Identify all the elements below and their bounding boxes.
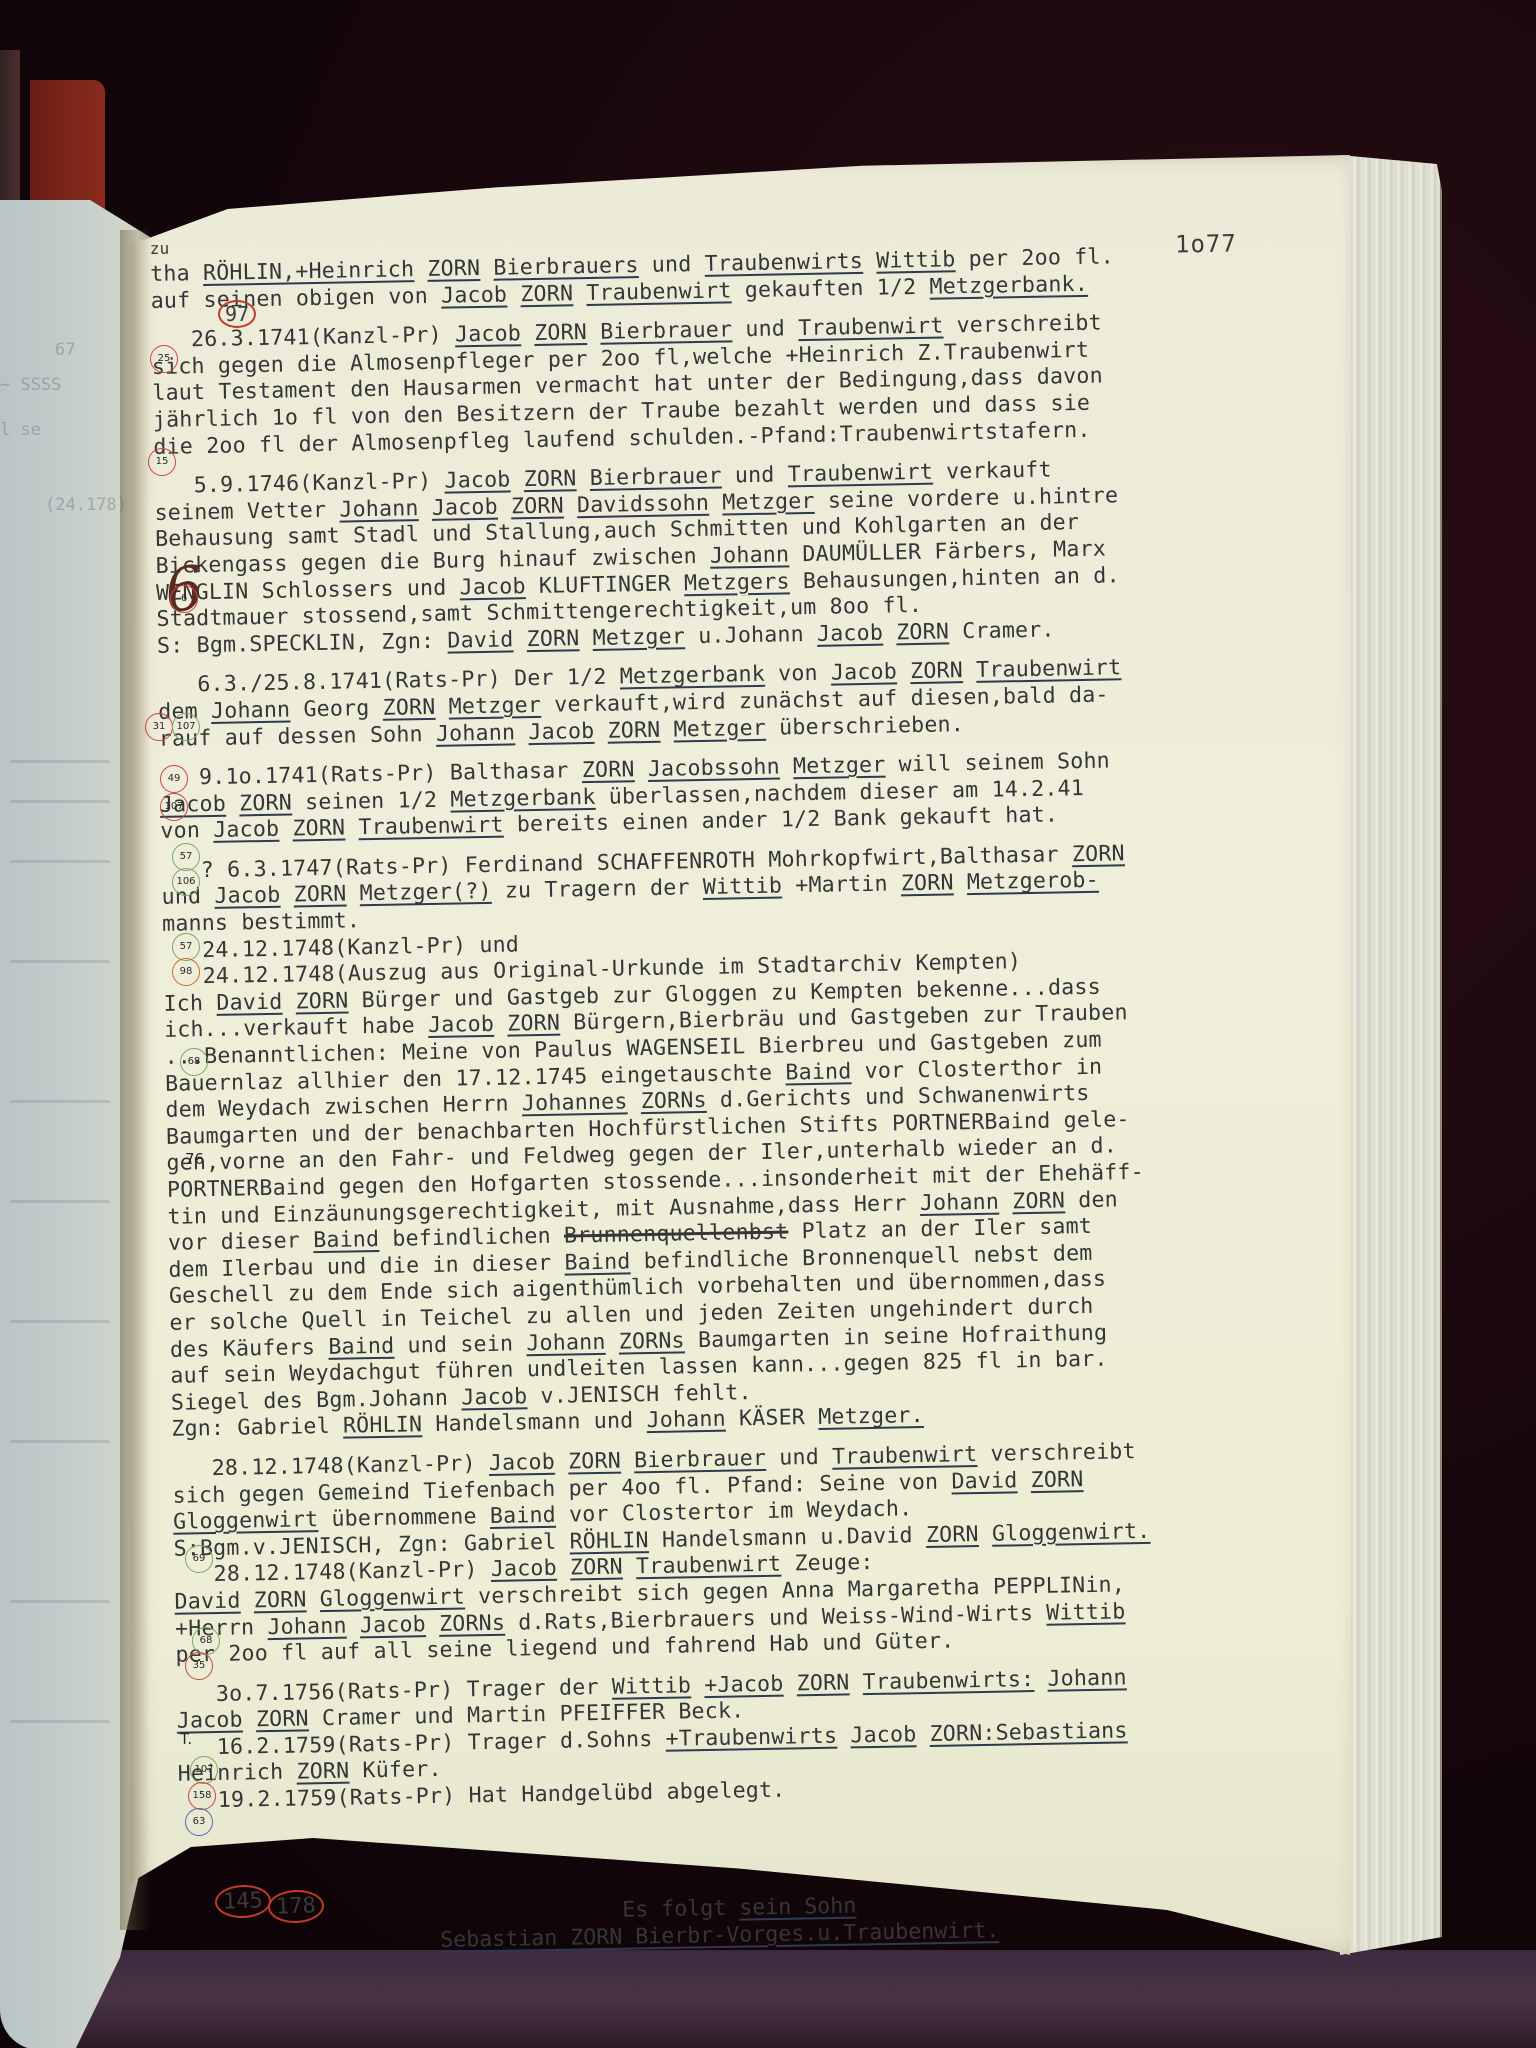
margin-reference-mark: 98: [172, 958, 200, 986]
sein-sohn: sein Sohn: [739, 1894, 856, 1921]
book-cover: [60, 1950, 1536, 2048]
margin-reference-mark: 63: [185, 1808, 213, 1836]
margin-reference-mark: 107: [190, 1756, 218, 1784]
margin-reference-mark: 106: [172, 868, 200, 896]
left-page-bleed-line: [10, 1720, 110, 1723]
margin-reference-mark: 107: [172, 713, 200, 741]
margin-reference-mark: 57: [172, 843, 200, 871]
margin-reference-mark: 68: [180, 1048, 208, 1076]
left-page-bleed-line: [10, 1600, 110, 1603]
left-page-bleed-line: [10, 1320, 110, 1323]
reference-circle-145: 145: [214, 1884, 271, 1919]
zu-prefix: zu: [150, 235, 180, 262]
left-page-bleed-line: [10, 800, 110, 803]
left-page-bleed-text: ~ SSSS: [0, 375, 61, 395]
margin-reference-mark: 6: [170, 585, 198, 613]
left-page-bleed-text: l se: [0, 420, 41, 440]
margin-reference-mark: 69: [185, 1545, 213, 1573]
margin-reference-mark: 158: [188, 1782, 216, 1810]
margin-reference-mark: T.: [180, 1730, 192, 1748]
reference-circle-178: 178: [267, 1889, 324, 1924]
footer-block: Es folgt sein Sohn Sebastian ZORN Bierbr…: [440, 1890, 1000, 1954]
gutter-shadow: [120, 230, 150, 1930]
typed-text-body: zu tha RÖHLIN,+Heinrich ZORN Bierbrauers…: [150, 240, 1388, 1816]
left-page-bleed-line: [10, 1440, 110, 1443]
left-page-bleed-line: [10, 960, 110, 963]
left-page-bleed-text: 67: [55, 340, 75, 360]
margin-reference-mark: 25: [150, 345, 178, 373]
left-page-bleed-line: [10, 860, 110, 863]
margin-reference-mark: 35: [185, 1652, 213, 1680]
left-page-bleed-line: [10, 1200, 110, 1203]
margin-reference-mark: 49: [160, 765, 188, 793]
margin-reference-mark: 15: [148, 448, 176, 476]
top-reference-circle: 97: [218, 300, 256, 328]
margin-reference-mark: 76: [185, 1150, 204, 1168]
left-page-bleed-text: (24.178): [45, 495, 127, 515]
left-page-bleed-line: [10, 760, 110, 763]
margin-reference-mark: 31: [145, 713, 173, 741]
margin-reference-mark: 68: [192, 1627, 220, 1655]
left-page-bleed-line: [10, 1100, 110, 1103]
margin-reference-mark: 57: [172, 933, 200, 961]
margin-reference-mark: 107: [160, 793, 188, 821]
